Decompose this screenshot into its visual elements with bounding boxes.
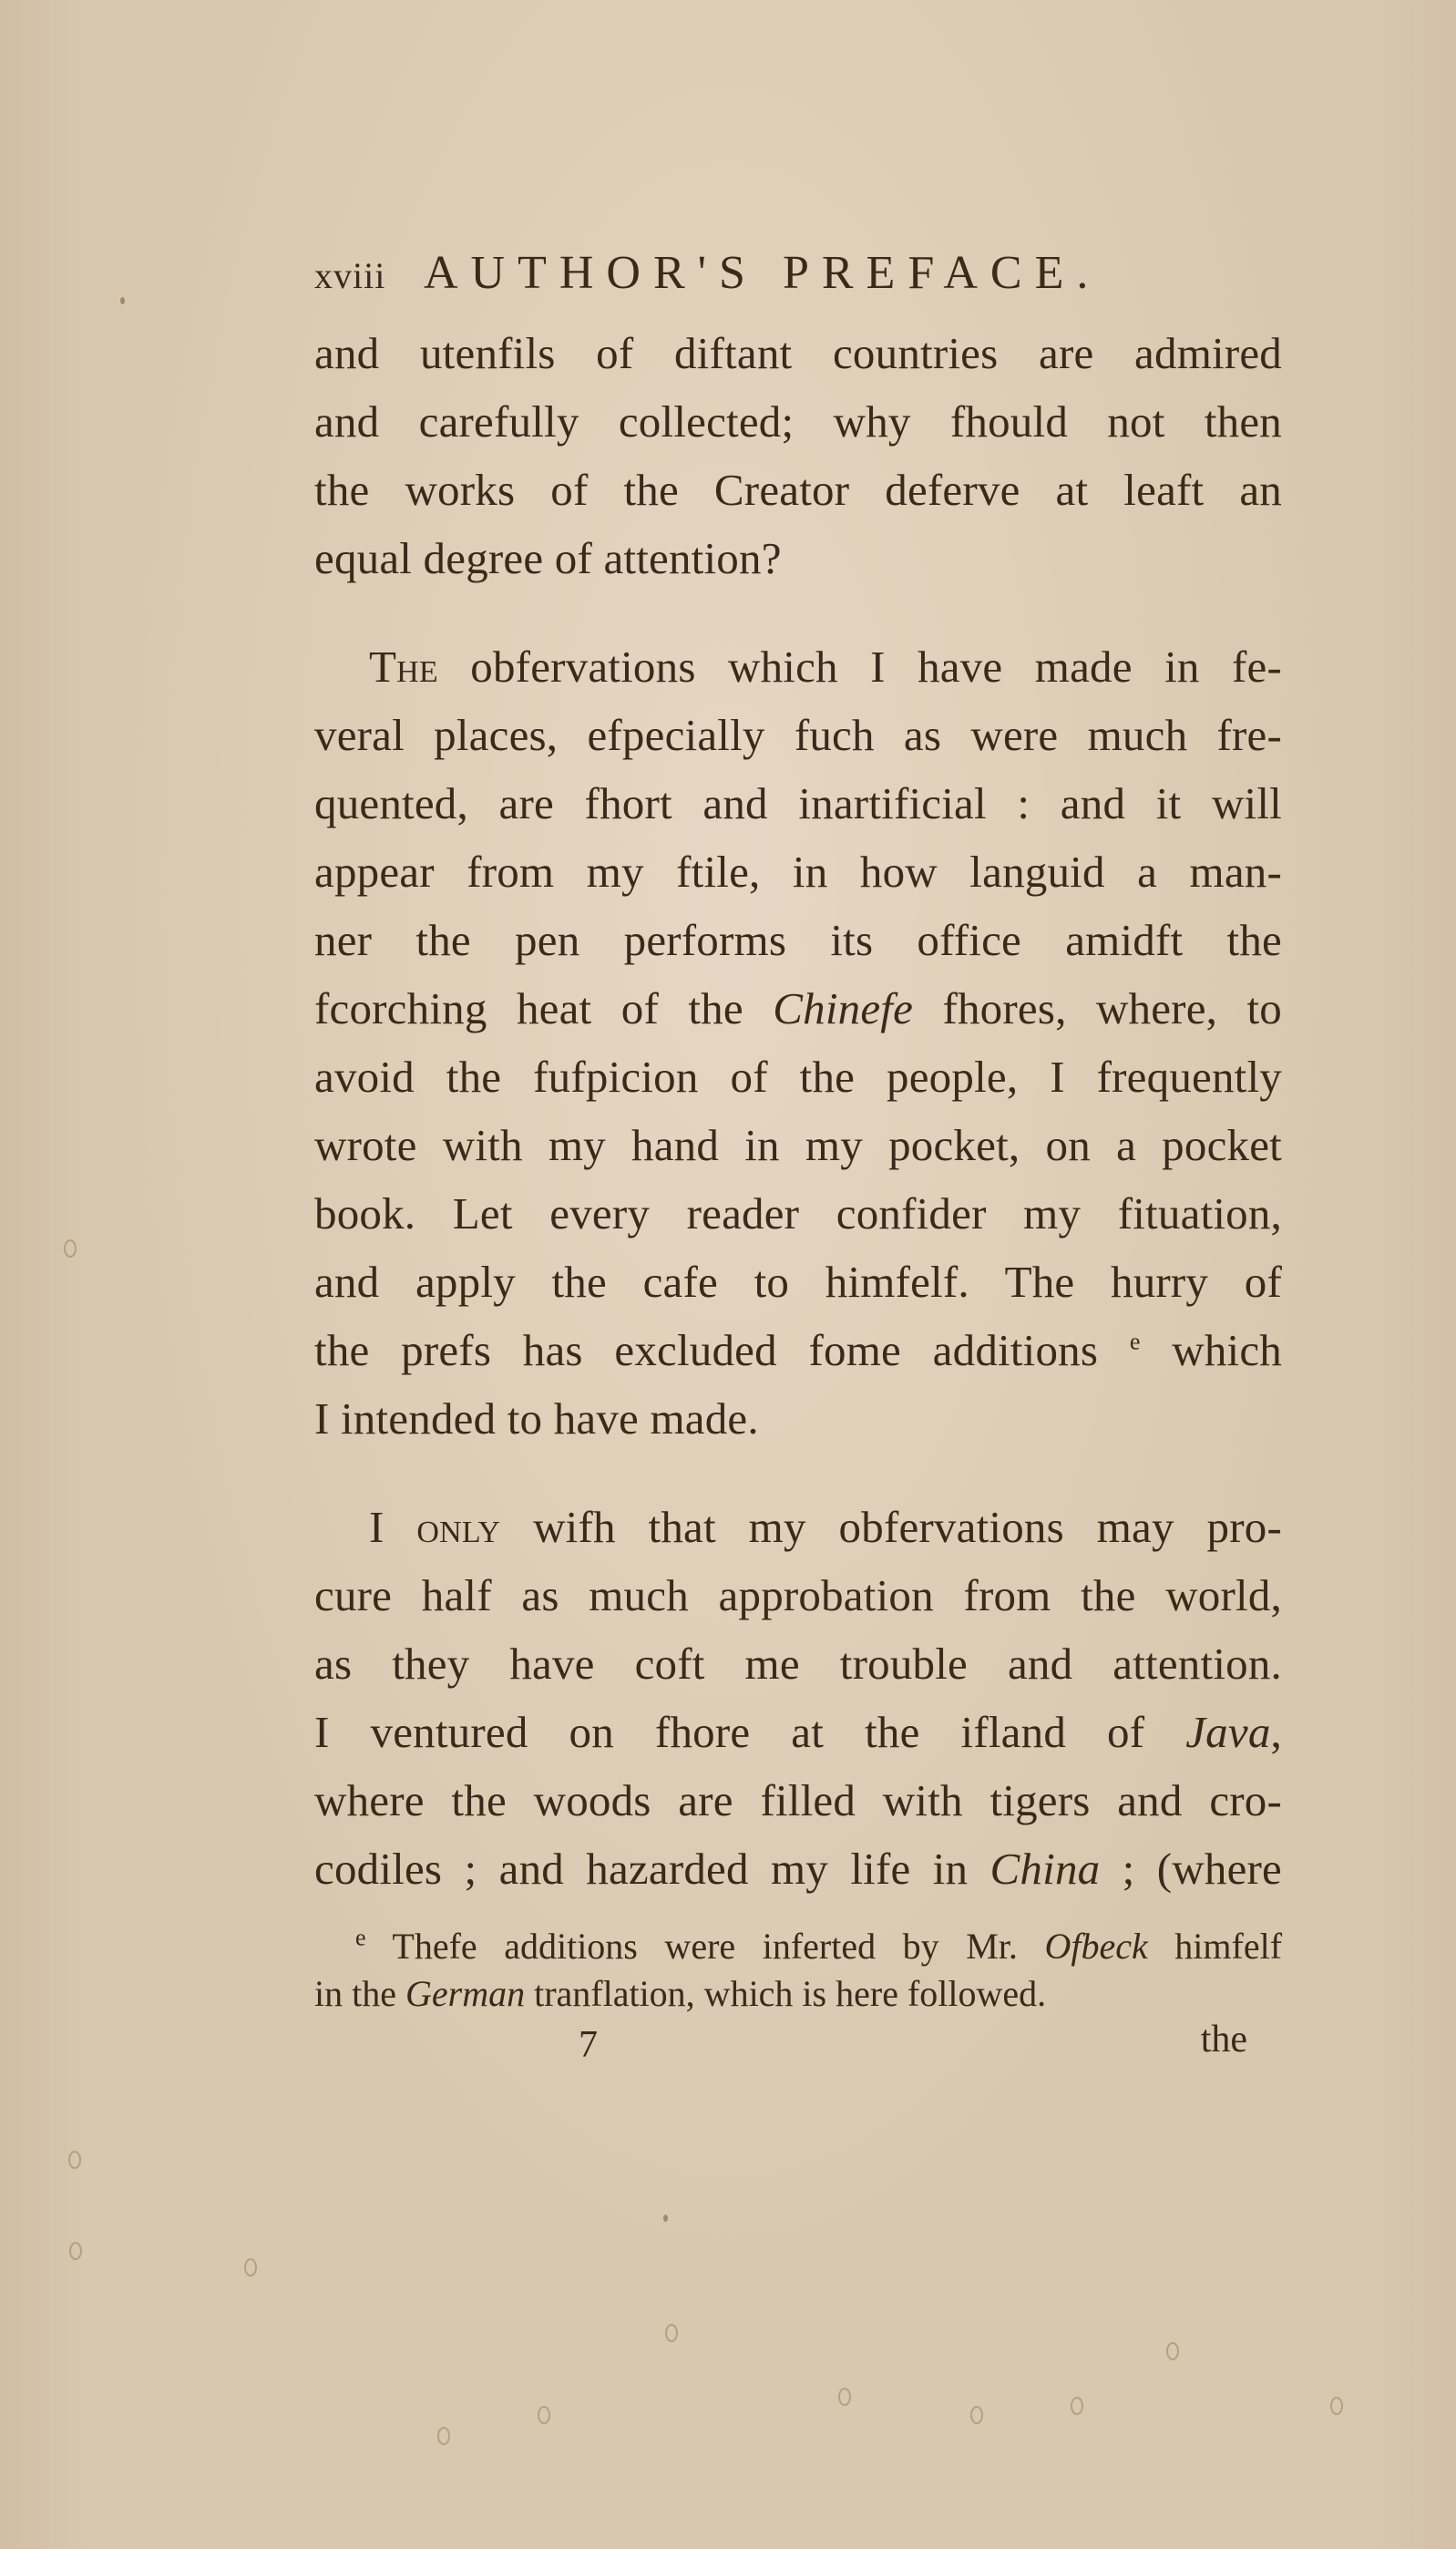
paragraph-spacer	[314, 592, 1282, 632]
lead-smallcaps: he	[396, 642, 438, 692]
text-line: fcorching heat of the Chinefe fhores, wh…	[314, 974, 1282, 1043]
line-text: fhores, where, to	[913, 983, 1282, 1033]
italic-word: China	[990, 1844, 1101, 1894]
line-text: wifh that my obfervations may pro-	[500, 1502, 1282, 1552]
text-line: and carefully collected; why fhould not …	[314, 387, 1282, 456]
text-line: I ventured on fhore at the ifland of Jav…	[314, 1698, 1282, 1766]
paper-speck	[244, 2258, 257, 2277]
line-text: obfervations which I have made in fe-	[438, 642, 1282, 692]
text-line: and apply the cafe to himfelf. The hurry…	[314, 1248, 1282, 1316]
text-line: codiles ; and hazarded my life in China …	[314, 1835, 1282, 1903]
signature-mark: 7	[579, 2023, 598, 2067]
italic-word: Java	[1185, 1707, 1270, 1757]
paper-speck	[1071, 2397, 1083, 2415]
paper-speck	[970, 2406, 983, 2424]
text-line: quented, are fhort and inartificial : an…	[314, 769, 1282, 838]
text-line: equal degree of attention?	[314, 524, 1282, 592]
paper-speck	[64, 1239, 77, 1258]
book-page: xviii AUTHOR'S PREFACE. and utenfils of …	[314, 246, 1282, 2072]
paper-speck	[538, 2406, 550, 2424]
footnote-text: himfelf	[1148, 1926, 1282, 1967]
paper-speck	[663, 2215, 668, 2222]
footnote-line: e Thefe additions were inferted by Mr. O…	[314, 1923, 1282, 1970]
text-line: book. Let every reader confider my fitua…	[314, 1179, 1282, 1248]
paper-speck	[437, 2427, 450, 2445]
paper-speck	[68, 2151, 81, 2169]
text-line: as they have coft me trouble and attenti…	[314, 1629, 1282, 1698]
text-line: I only wifh that my obfervations may pro…	[314, 1493, 1282, 1561]
text-line: cure half as much approbation from the w…	[314, 1561, 1282, 1629]
catchword: the	[1201, 2018, 1247, 2061]
line-text: ,	[1271, 1707, 1282, 1757]
paragraph-2: The obfervations which I have made in fe…	[314, 632, 1282, 1453]
text-line: and utenfils of diftant countries are ad…	[314, 319, 1282, 387]
paper-speck	[665, 2324, 678, 2342]
italic-word: Ofbeck	[1044, 1926, 1147, 1967]
paper-speck	[1330, 2397, 1343, 2415]
text-line: ner the pen performs its office amidft t…	[314, 906, 1282, 974]
line-text: fcorching heat of the	[314, 983, 773, 1033]
line-text: ; (where	[1100, 1844, 1282, 1894]
paragraph-3: I only wifh that my obfervations may pro…	[314, 1493, 1282, 1903]
page-number: xviii	[314, 254, 424, 297]
running-head-title: AUTHOR'S PREFACE.	[424, 246, 1101, 300]
text-line: where the woods are filled with tigers a…	[314, 1766, 1282, 1835]
text-line: appear from my ftile, in how languid a m…	[314, 838, 1282, 906]
page-foot: 7 the	[314, 2018, 1282, 2072]
line-text: I ventured on fhore at the ifland of	[314, 1707, 1185, 1757]
footnote-marker: e	[355, 1925, 366, 1951]
running-head: xviii AUTHOR'S PREFACE.	[314, 246, 1282, 310]
lead-capital: I	[369, 1502, 385, 1552]
footnote: e Thefe additions were inferted by Mr. O…	[314, 1923, 1282, 2018]
footnote-text: Thefe additions were inferted by Mr.	[366, 1926, 1045, 1967]
italic-word: German	[405, 1973, 525, 2014]
paper-speck	[69, 2242, 82, 2260]
footnote-text: tranflation, which is here followed.	[525, 1973, 1046, 2014]
text-line: veral places, efpecially fuch as were mu…	[314, 701, 1282, 769]
line-text: the prefs has excluded fome additions	[314, 1325, 1130, 1375]
text-line: I intended to have made.	[314, 1384, 1282, 1453]
text-line: avoid the fufpicion of the people, I fre…	[314, 1043, 1282, 1111]
footnote-reference[interactable]: e	[1130, 1329, 1141, 1355]
footnote-line: in the German tranflation, which is here…	[314, 1970, 1282, 2018]
text-line: the works of the Creator deferve at leaf…	[314, 456, 1282, 524]
lead-smallcaps: only	[416, 1502, 500, 1552]
paper-speck	[1166, 2342, 1179, 2360]
paper-speck	[120, 297, 125, 304]
paper-speck	[838, 2388, 851, 2406]
paragraph-1: and utenfils of diftant countries are ad…	[314, 319, 1282, 592]
italic-word: Chinefe	[773, 983, 913, 1033]
text-line: The obfervations which I have made in fe…	[314, 632, 1282, 701]
text-line: wrote with my hand in my pocket, on a po…	[314, 1111, 1282, 1179]
text-line: the prefs has excluded fome additions e …	[314, 1316, 1282, 1384]
lead-capital: T	[369, 642, 396, 692]
line-text: which	[1141, 1325, 1282, 1375]
line-text: codiles ; and hazarded my life in	[314, 1844, 990, 1894]
footnote-text: in the	[314, 1973, 405, 2014]
paragraph-spacer	[314, 1453, 1282, 1493]
